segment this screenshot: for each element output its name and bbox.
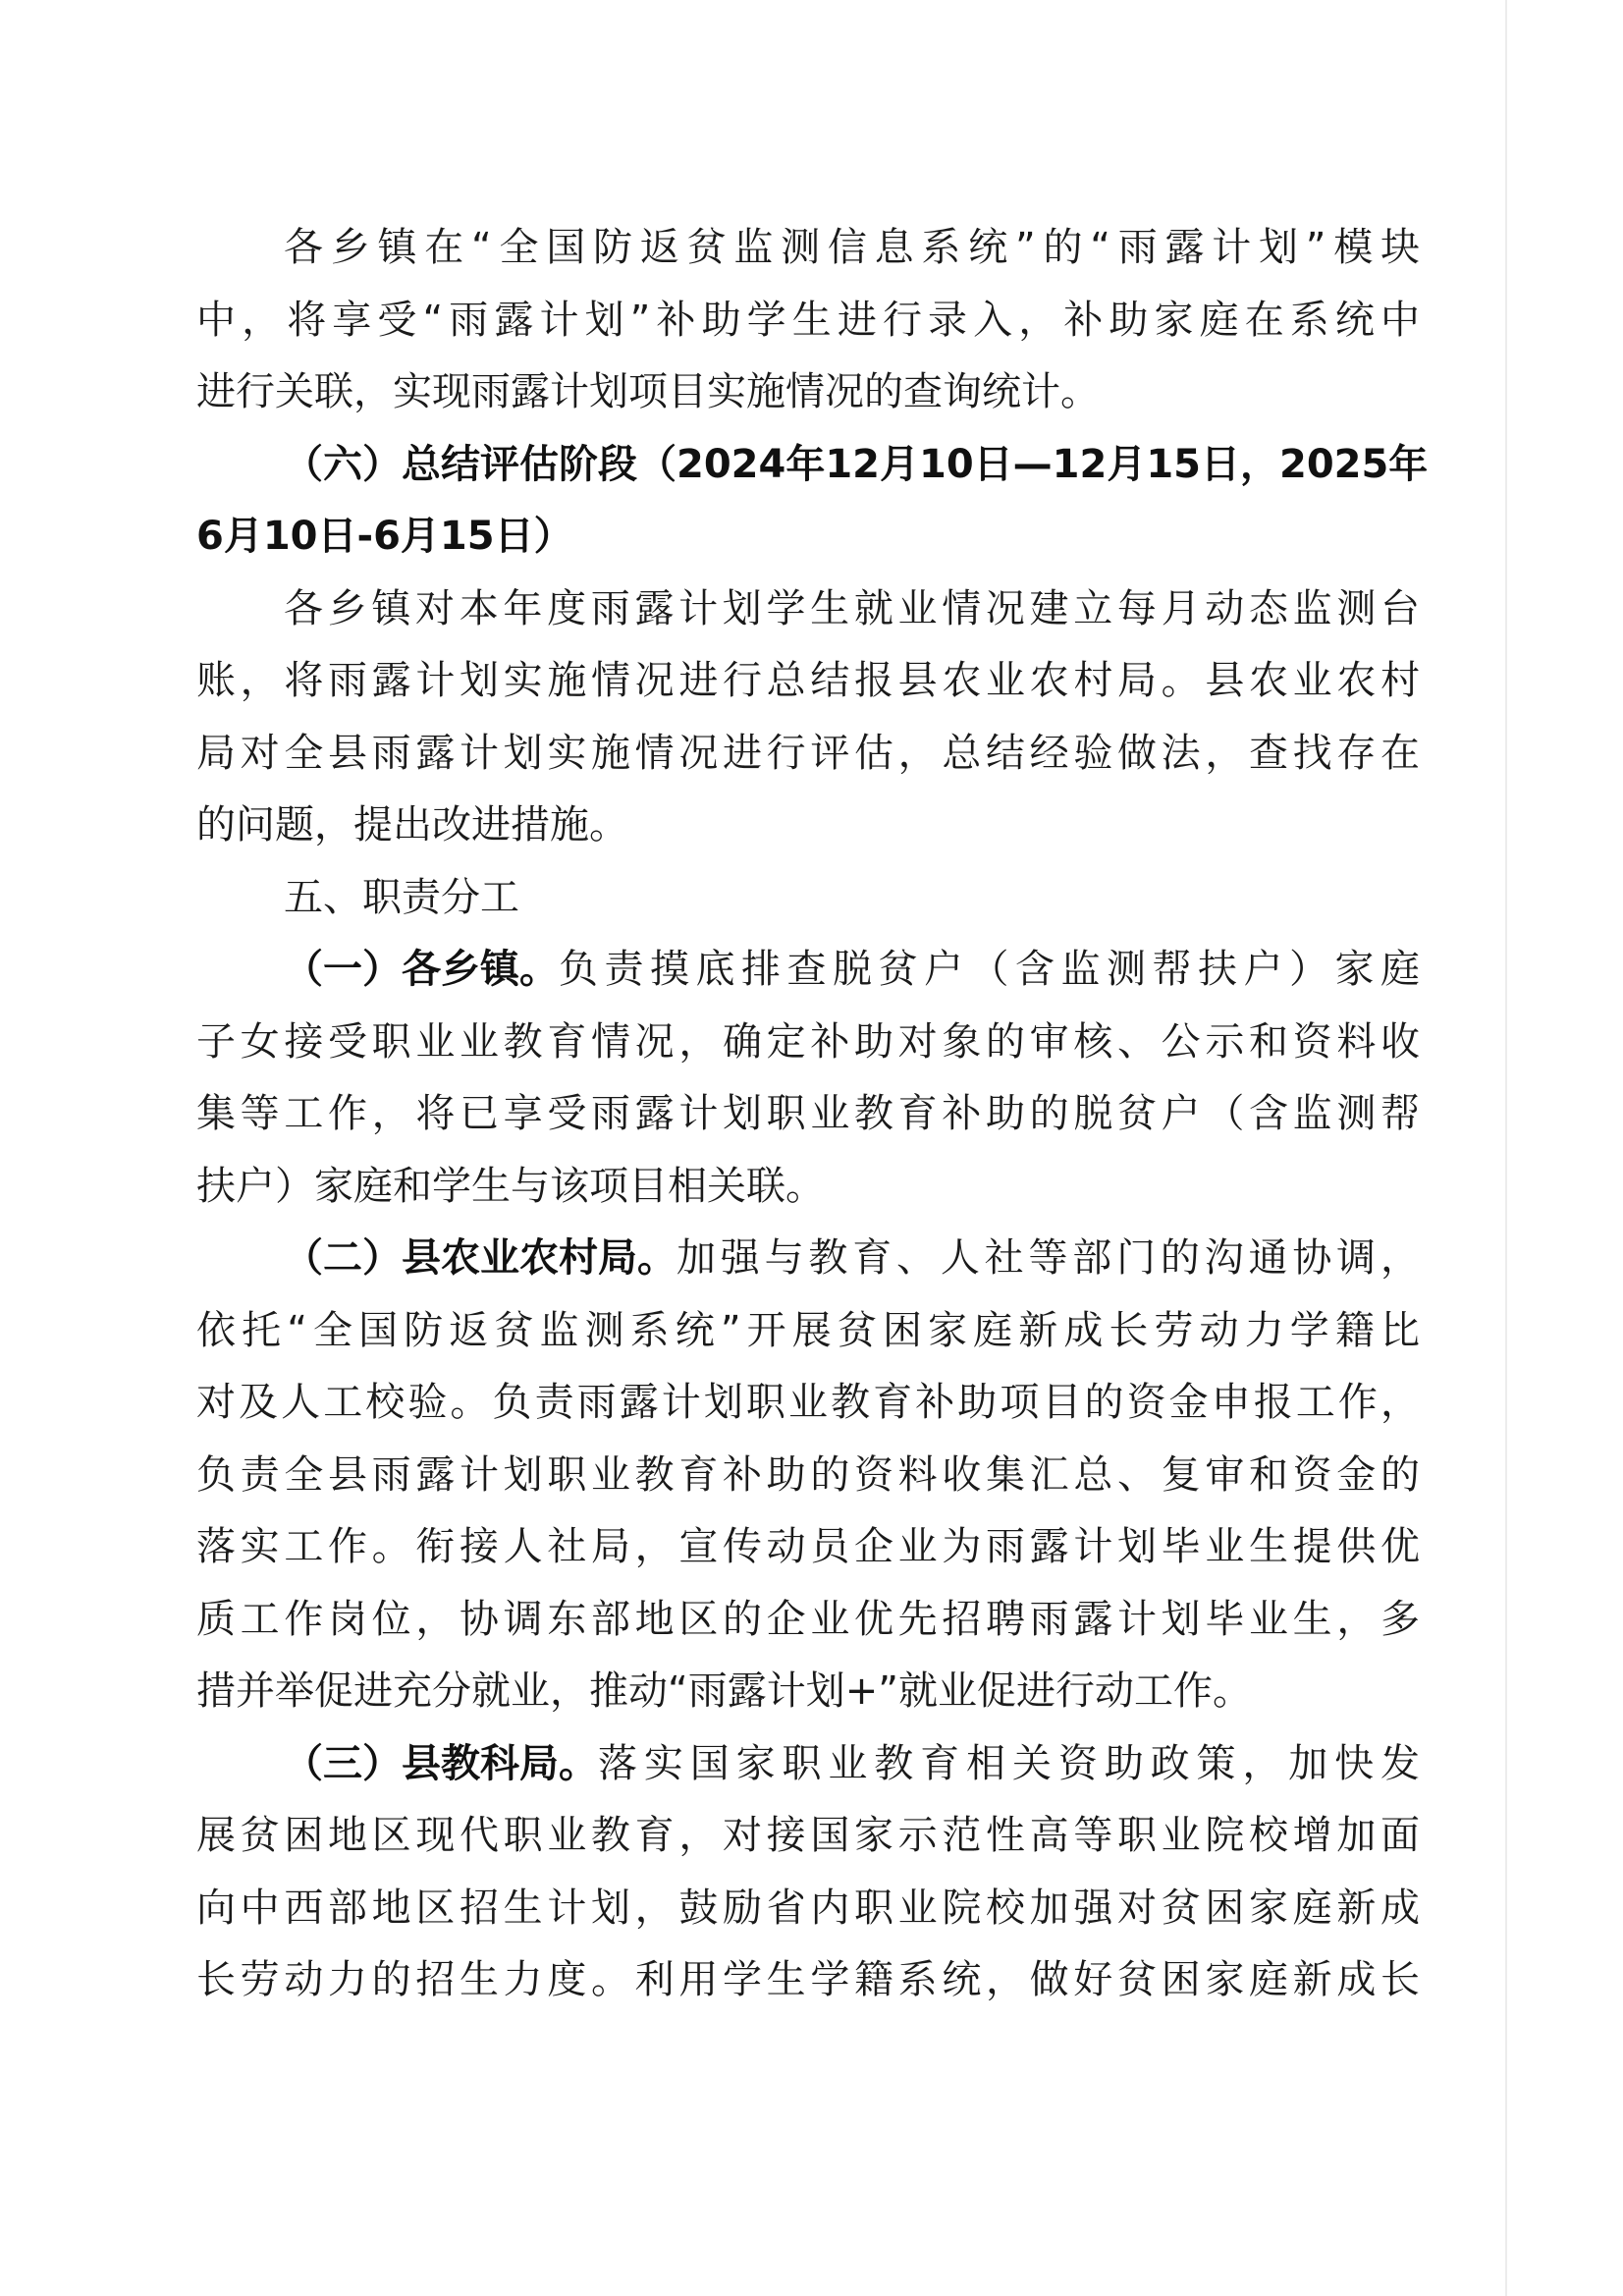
paragraph-line: 各乡镇在“全国防返贫监测信息系统”的“雨露计划”模块 — [284, 218, 1420, 277]
paragraph-line: 落实国家职业教育相关资助政策，加快发 — [598, 1734, 1420, 1793]
item-lead: （三）县教科局。 — [284, 1734, 598, 1793]
paragraph-first-line: （二）县农业农村局。 加强与教育、人社等部门的沟通协调， — [284, 1229, 1420, 1287]
paragraph-line: 展贫困地区现代职业教育，对接国家示范性高等职业院校增加面 — [196, 1806, 1420, 1865]
paragraph-line: 措并举促进充分就业，推动“雨露计划+”就业促进行动工作。 — [196, 1662, 1420, 1721]
paragraph-line: 局对全县雨露计划实施情况进行评估，总结经验做法，查找存在 — [196, 724, 1420, 783]
paragraph-line: 质工作岗位，协调东部地区的企业优先招聘雨露计划毕业生，多 — [196, 1590, 1420, 1649]
paragraph-line: 对及人工校验。负责雨露计划职业教育补助项目的资金申报工作， — [196, 1373, 1420, 1432]
paragraph-line: 账，将雨露计划实施情况进行总结报县农业农村局。县农业农村 — [196, 651, 1420, 710]
paragraph-line: 负责摸底排查脱贫户（含监测帮扶户）家庭 — [559, 940, 1420, 999]
paragraph-line: 进行关联，实现雨露计划项目实施情况的查询统计。 — [196, 362, 1420, 421]
paragraph-line: 子女接受职业业教育情况，确定补助对象的审核、公示和资料收 — [196, 1012, 1420, 1071]
paragraph-line: 各乡镇对本年度雨露计划学生就业情况建立每月动态监测台 — [284, 579, 1420, 638]
paragraph-first-line: （三）县教科局。 落实国家职业教育相关资助政策，加快发 — [284, 1734, 1420, 1793]
item-lead: （一）各乡镇。 — [284, 940, 559, 999]
stage-heading: 6月10日-6月15日） — [196, 507, 1420, 566]
scan-edge-line — [1505, 0, 1507, 2296]
paragraph-first-line: （一）各乡镇。 负责摸底排查脱贫户（含监测帮扶户）家庭 — [284, 940, 1420, 999]
stage-heading: （六）总结评估阶段（2024年12月10日—12月15日，2025年 — [284, 435, 1420, 494]
paragraph-line: 向中西部地区招生计划，鼓励省内职业院校加强对贫困家庭新成 — [196, 1879, 1420, 1938]
paragraph-line: 集等工作，将已享受雨露计划职业教育补助的脱贫户（含监测帮 — [196, 1084, 1420, 1143]
paragraph-line: 加强与教育、人社等部门的沟通协调， — [676, 1229, 1420, 1287]
paragraph-line: 的问题，提出改进措施。 — [196, 795, 1420, 854]
item-lead: （二）县农业农村局。 — [284, 1229, 676, 1287]
paragraph-line: 中，将享受“雨露计划”补助学生进行录入，补助家庭在系统中 — [196, 291, 1420, 350]
paragraph-line: 落实工作。衔接人社局，宣传动员企业为雨露计划毕业生提供优 — [196, 1517, 1420, 1576]
document-page: 各乡镇在“全国防返贫监测信息系统”的“雨露计划”模块 中，将享受“雨露计划”补助… — [0, 0, 1623, 2296]
paragraph-line: 长劳动力的招生力度。利用学生学籍系统，做好贫困家庭新成长 — [196, 1950, 1420, 2009]
paragraph-line: 依托“全国防返贫监测系统”开展贫困家庭新成长劳动力学籍比 — [196, 1301, 1420, 1360]
paragraph-line: 扶户）家庭和学生与该项目相关联。 — [196, 1157, 1420, 1216]
paragraph-line: 负责全县雨露计划职业教育补助的资料收集汇总、复审和资金的 — [196, 1446, 1420, 1504]
section-heading: 五、职责分工 — [284, 868, 1420, 927]
